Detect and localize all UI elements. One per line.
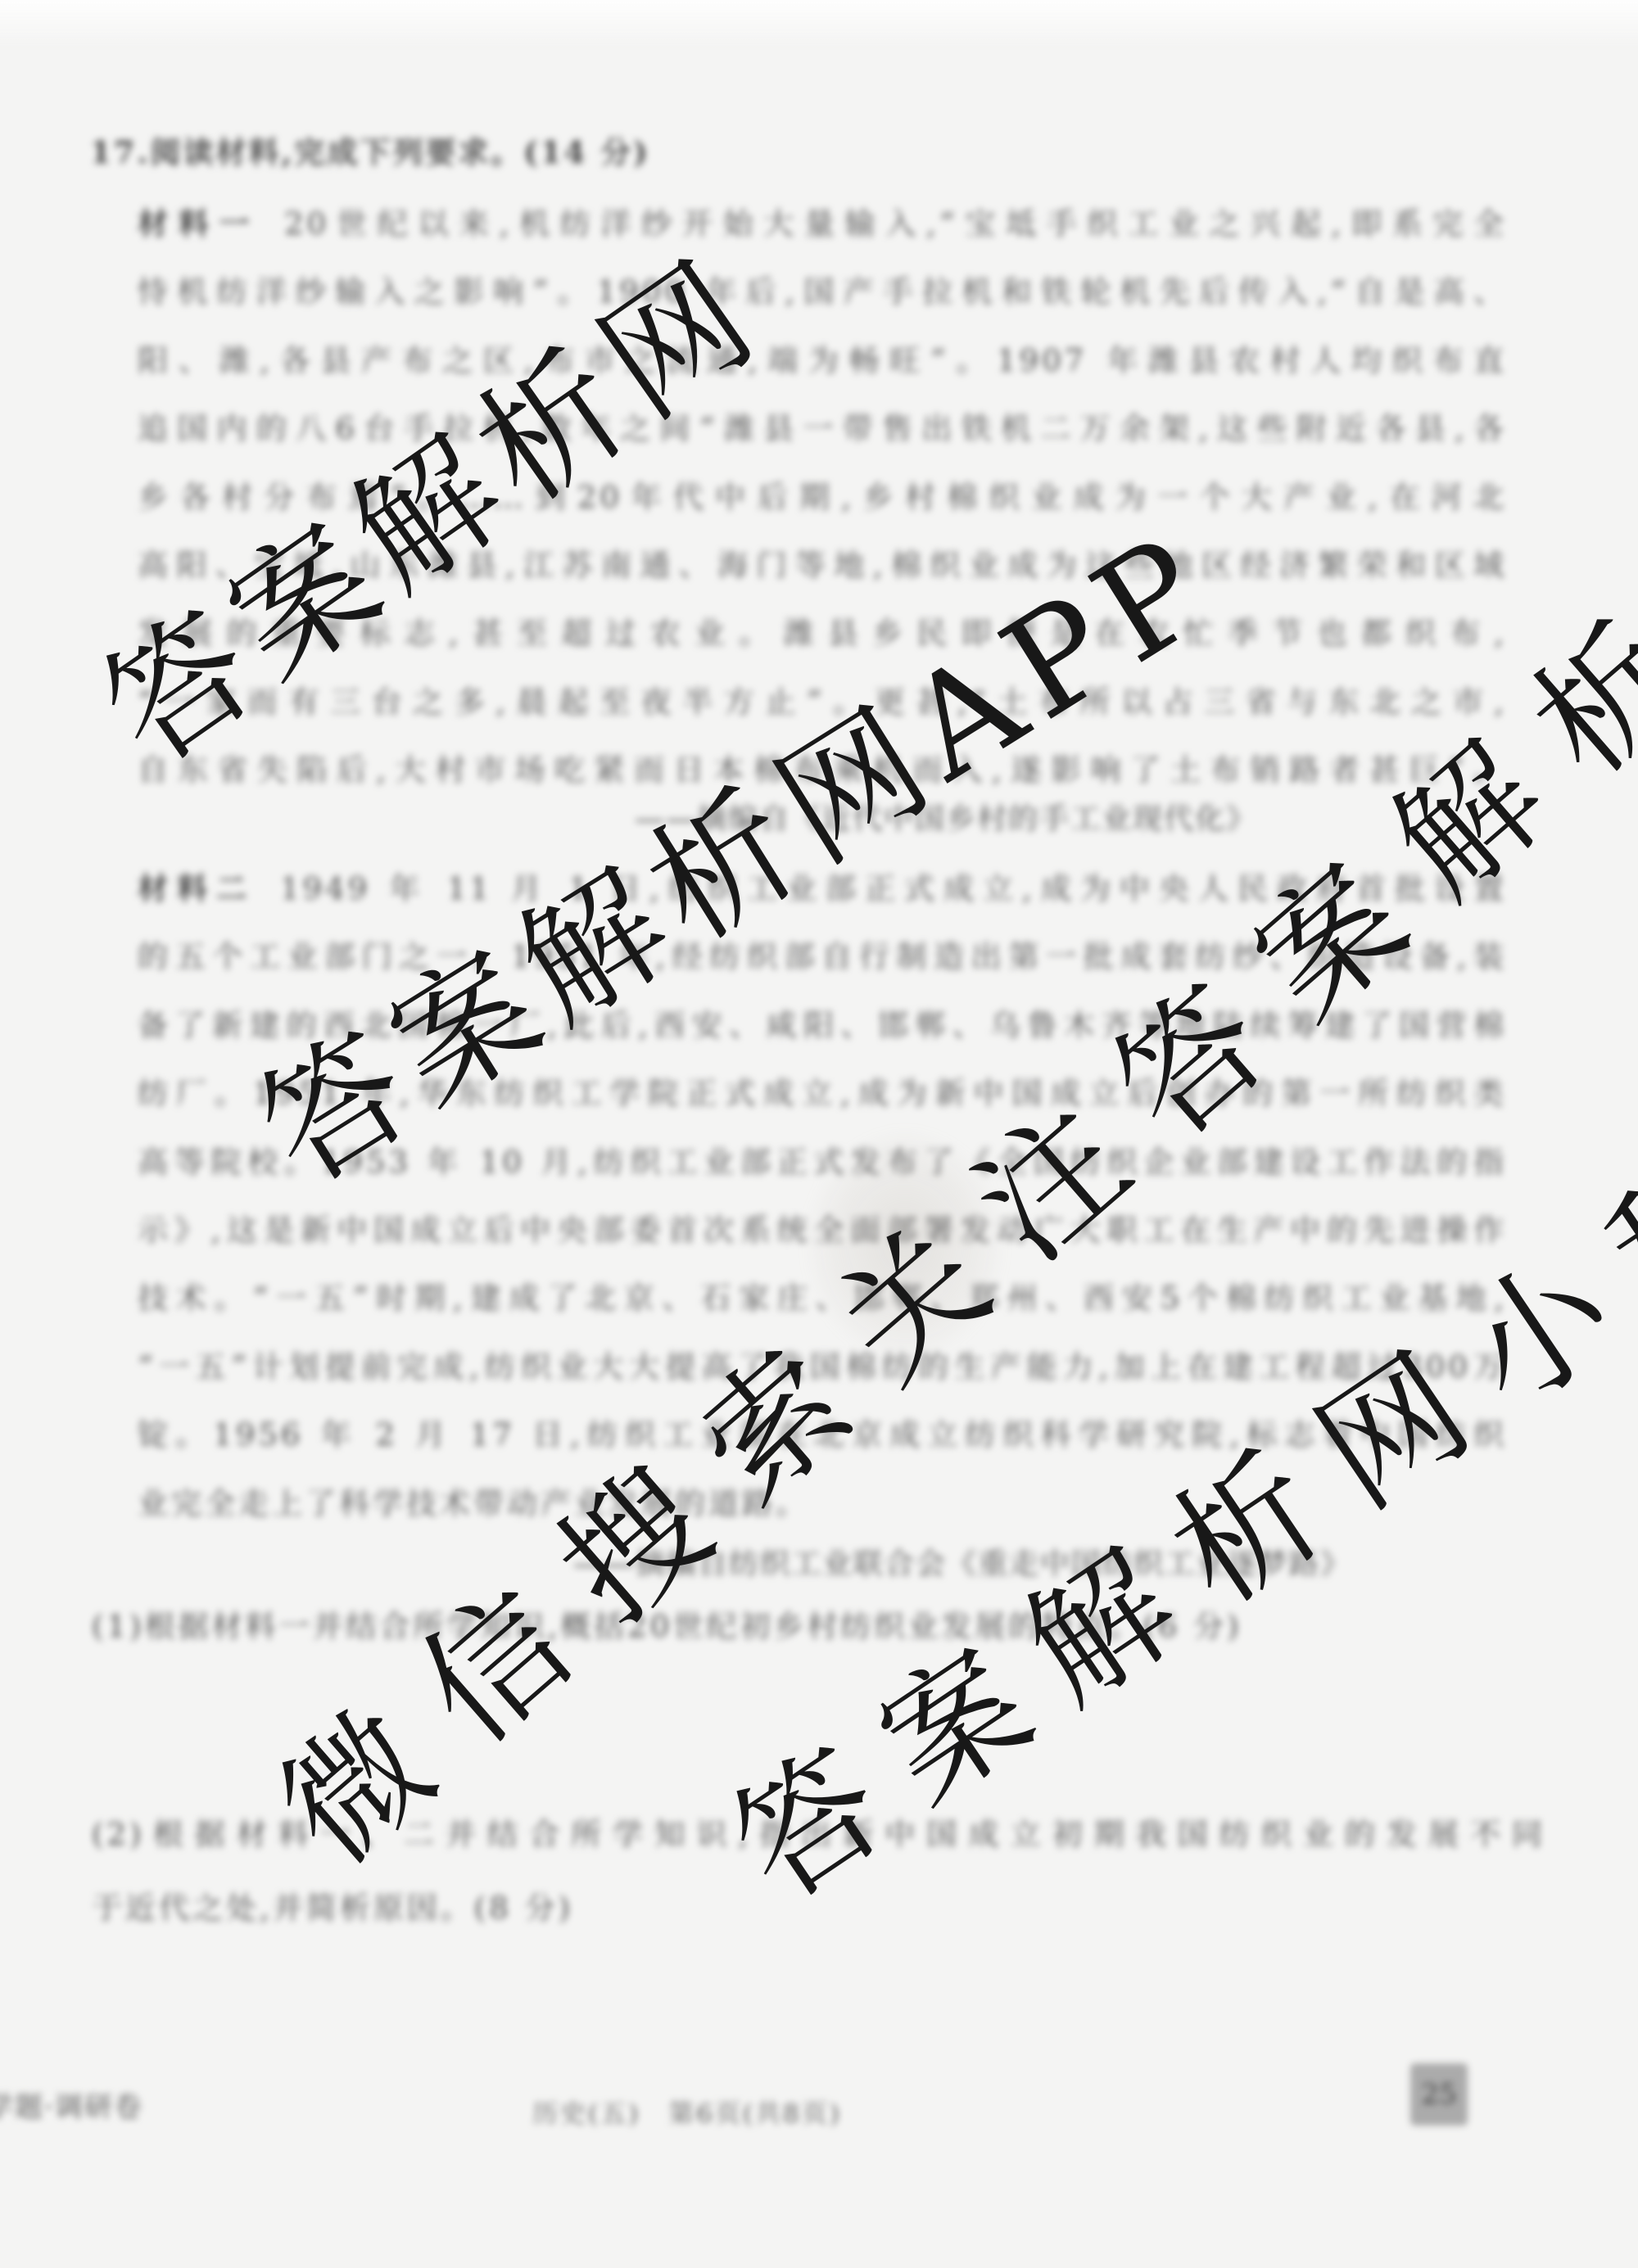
exam-paper-scan: 17.阅读材料,完成下列要求。(14 分) 材料一20世纪以来,机纺洋纱开始大量…: [0, 0, 1638, 2268]
paragraph-line: 恃机纺洋纱输入之影响”。1900 年后,国产手拉机和铁轮机先后传入,“自是高、: [138, 258, 1507, 326]
footer-page-label: 历史(五) 第6页(共8页): [532, 2093, 842, 2130]
document-layer: 17.阅读材料,完成下列要求。(14 分) 材料一20世纪以来,机纺洋纱开始大量…: [0, 0, 1638, 2268]
sub-question-1: (1)根据材料一并结合所学知识,概括20世纪初乡村纺织业发展的特点。(6 分): [92, 1602, 1500, 1646]
paragraph-line: 阳、潍,各县产布之区,布市之流通,端为畅旺”。1907 年潍县农村人均织布直: [138, 327, 1507, 395]
footer-edition-label: 学题·调研卷: [0, 2085, 143, 2125]
paragraph-line: 示》,这是新中国成立后中央部委首次系统全面部署发动广大职工在生产中的先进操作: [138, 1196, 1507, 1264]
footer-corner-mark: 25: [1410, 2063, 1468, 2126]
question-17-heading: 17.阅读材料,完成下列要求。(14 分): [90, 128, 650, 172]
paragraph-line: 追国内的八6台手拉机,数年之间“潍县一带售出铁机二万余架,这些附近各县,各: [138, 395, 1507, 463]
material-1-label: 材料一: [138, 206, 260, 242]
material-2-label: 材料二: [138, 870, 256, 906]
paragraph-line-text: 20世纪以来,机纺洋纱开始大量输入,“宝坻手织工业之兴起,即系完全: [284, 206, 1507, 242]
paragraph-line: 材料一20世纪以来,机纺洋纱开始大量输入,“宝坻手织工业之兴起,即系完全: [138, 190, 1507, 258]
